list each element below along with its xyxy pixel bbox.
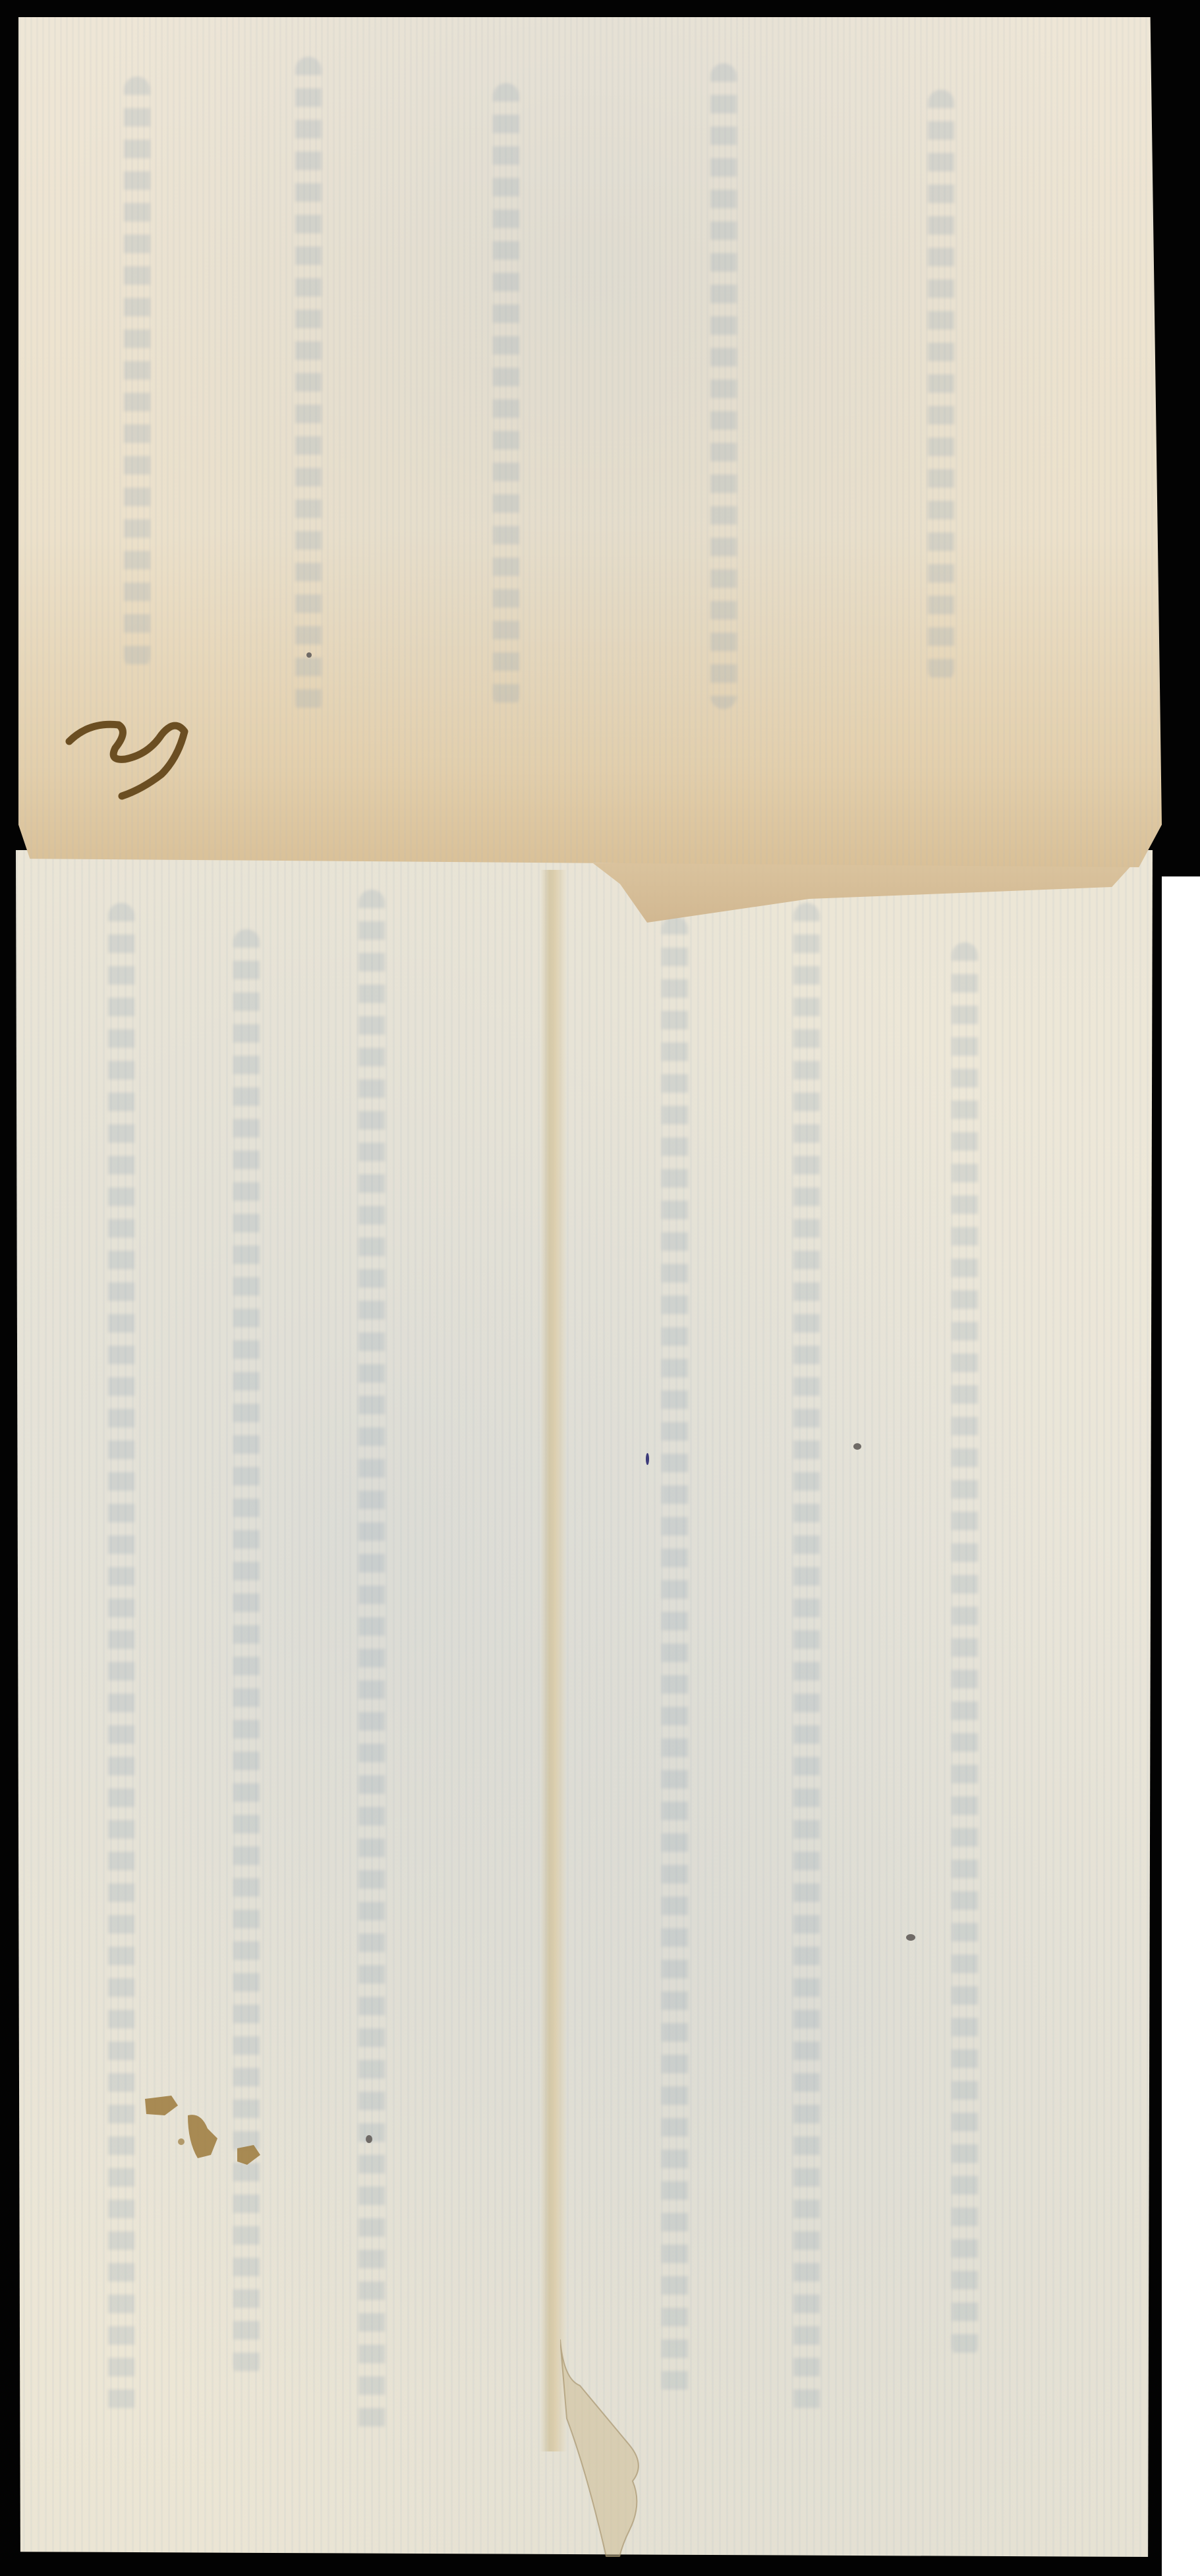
- paper-lower-panel: [16, 850, 1153, 2557]
- bleed-through-column: [295, 57, 322, 716]
- bleed-through-column: [928, 90, 954, 683]
- brown-stains: brown stains: [138, 2082, 270, 2168]
- handwritten-ink-mark: handwritten brown ink mark: [63, 712, 208, 804]
- paper-speck: [366, 2135, 372, 2143]
- bottom-tear: bottom tear: [560, 2339, 672, 2557]
- bleed-through-column: [124, 76, 150, 670]
- paper-speck: [306, 652, 312, 658]
- bleed-through-column: [952, 942, 978, 2359]
- bleed-through-column: [793, 903, 820, 2419]
- paper-speck: [646, 1453, 649, 1465]
- bleed-through-column: [493, 83, 519, 709]
- bleed-through-column: [710, 63, 737, 709]
- bleed-through-column: [108, 903, 134, 2419]
- paper-speck: [853, 1443, 861, 1450]
- bleed-through-column: [358, 890, 385, 2438]
- bleed-through-column: [662, 916, 688, 2399]
- vertical-seam: vertical center seam: [540, 870, 567, 2451]
- paper-speck: [906, 1934, 915, 1941]
- white-background-edge: [1162, 876, 1200, 2576]
